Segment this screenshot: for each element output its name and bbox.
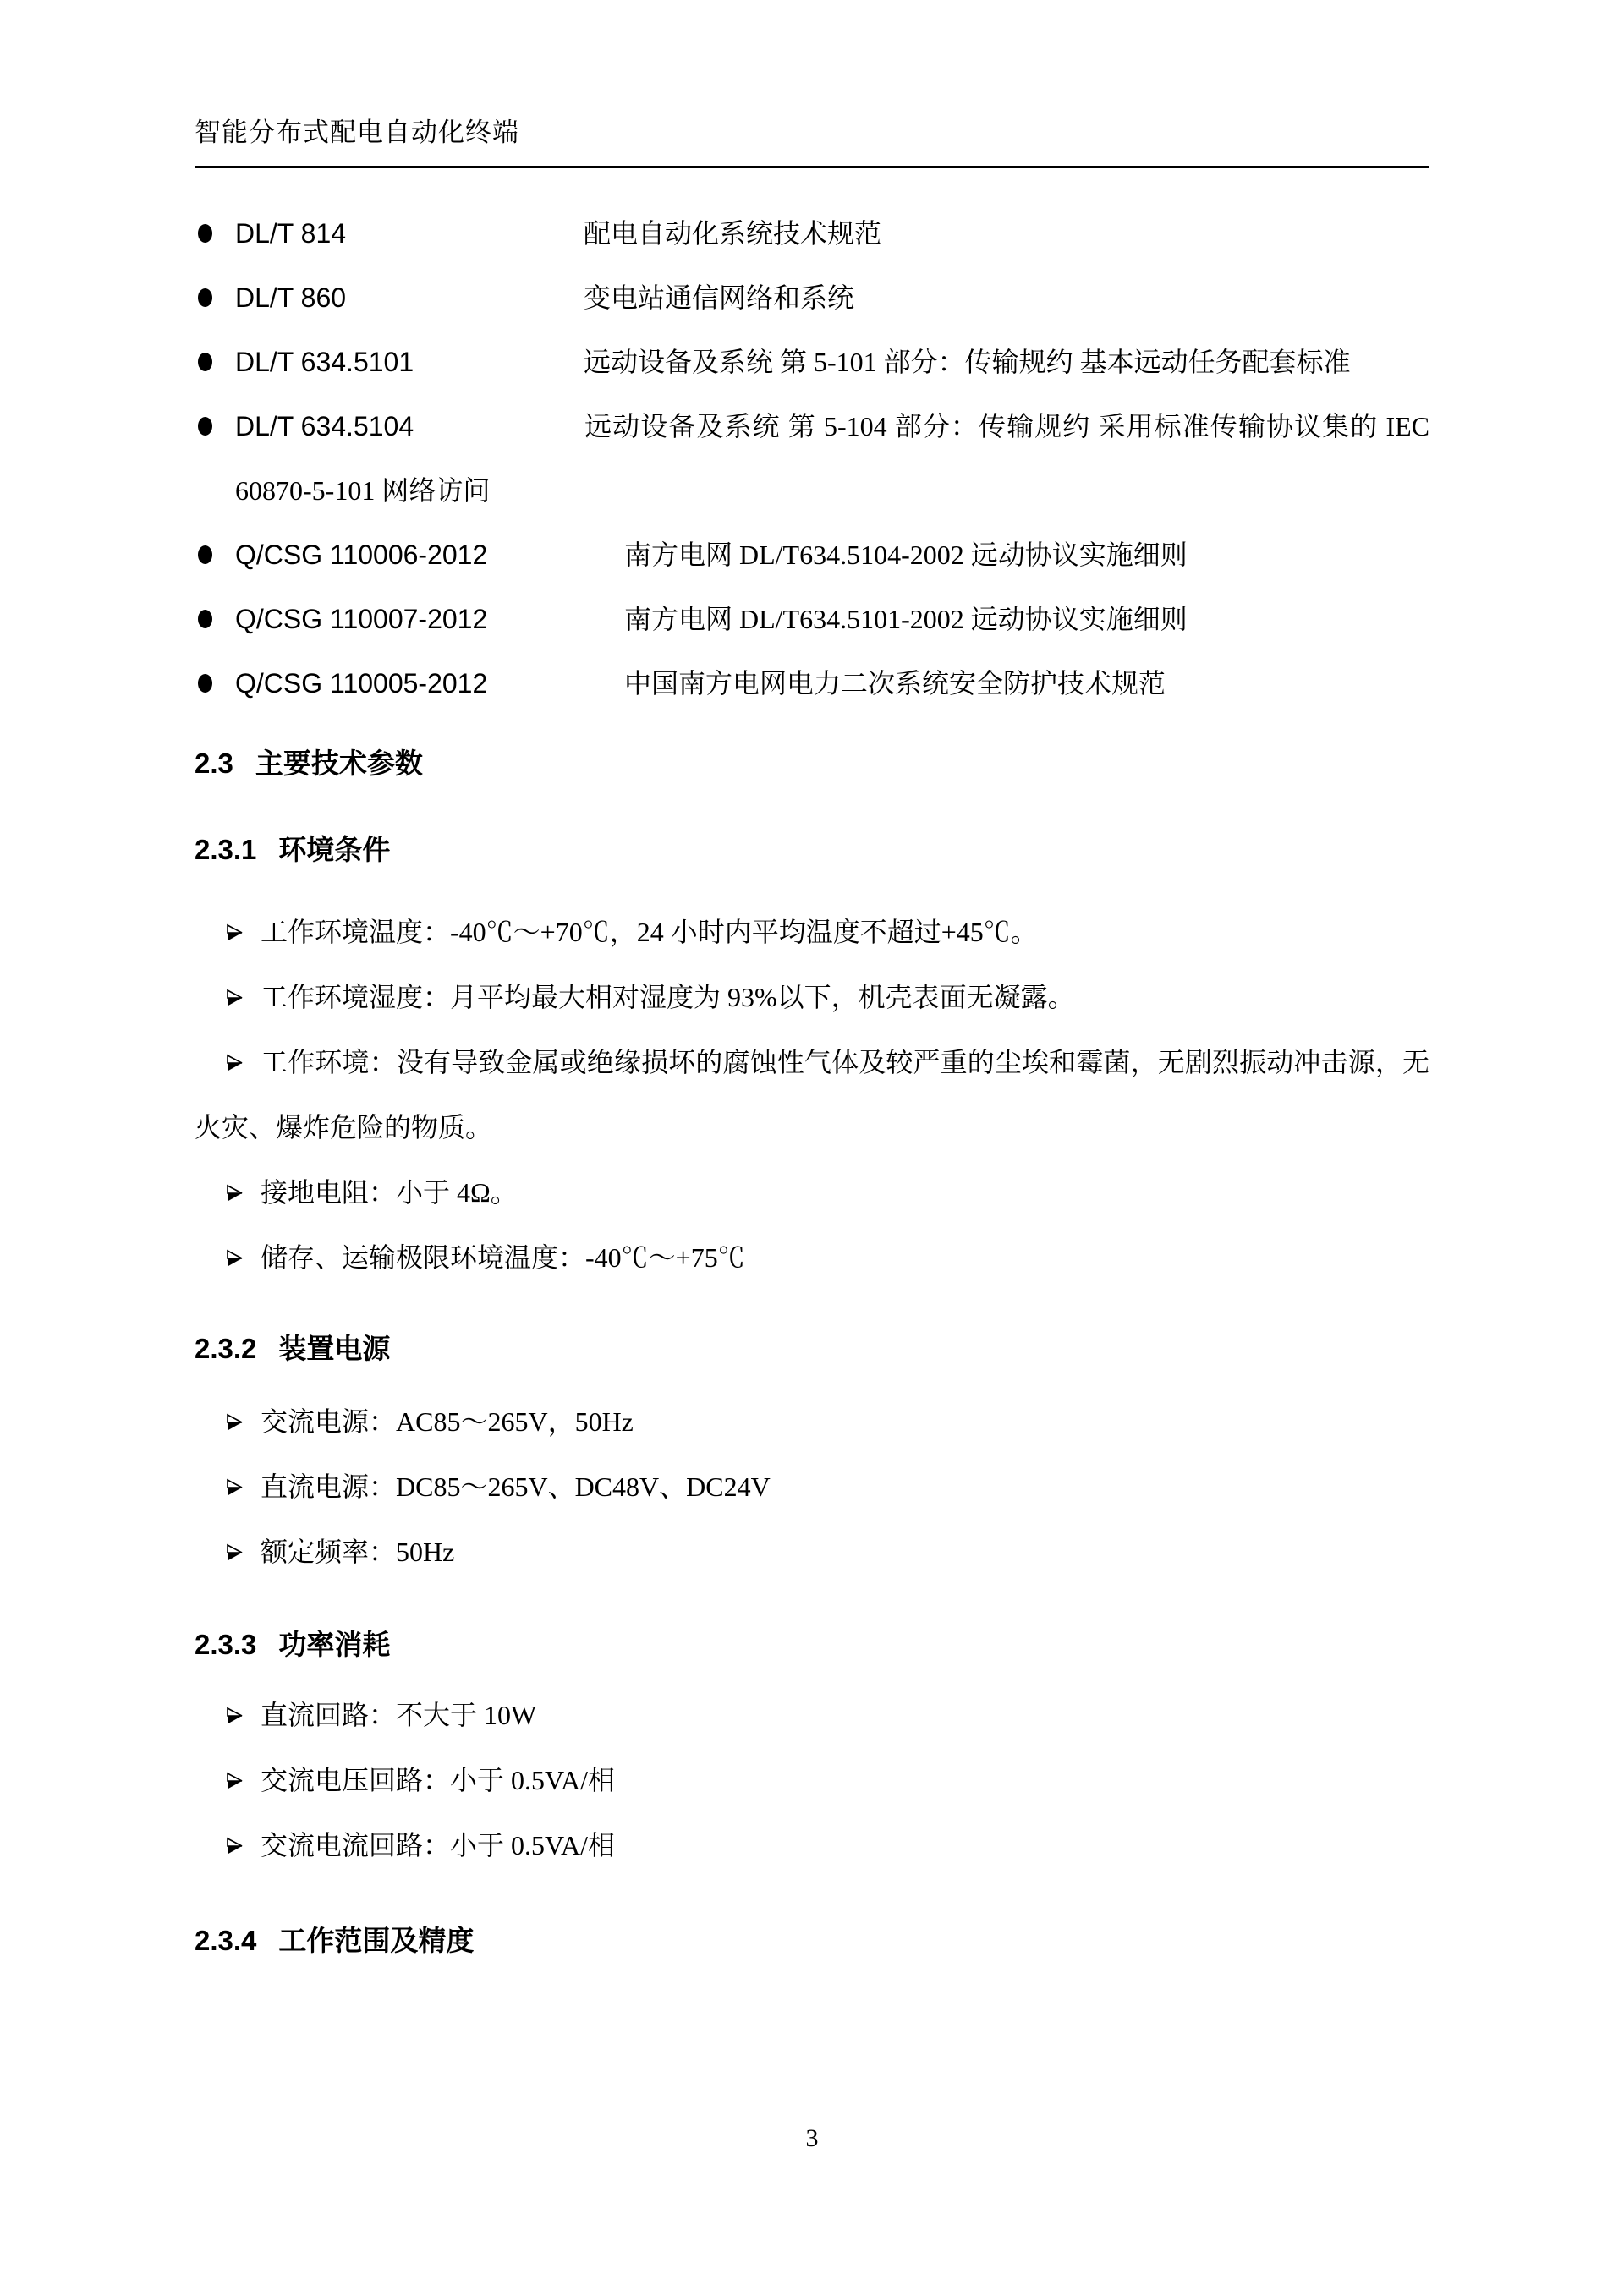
arrow-bullet-icon (225, 1412, 245, 1433)
document-page: 智能分布式配电自动化终端 DL/T 814配电自动化系统技术规范 DL/T 86… (0, 0, 1624, 2296)
section-title: 环境条件 (278, 834, 390, 865)
spec-item: 储存、运输极限环境温度：-40℃～+75℃ (195, 1225, 1429, 1290)
spec-text: 工作环境湿度：月平均最大相对湿度为 93%以下，机壳表面无凝露。 (261, 982, 1075, 1012)
spec-text: 直流电源：DC85～265V、DC48V、DC24V (261, 1471, 771, 1502)
bullet-icon (198, 610, 212, 628)
spec-text: 额定频率：50Hz (261, 1537, 454, 1567)
standard-code: Q/CSG 110007-2012 (235, 587, 624, 651)
document-content: DL/T 814配电自动化系统技术规范 DL/T 860变电站通信网络和系统 D… (195, 201, 1429, 1960)
standard-code: DL/T 634.5104 (235, 394, 584, 458)
page-header-title: 智能分布式配电自动化终端 (195, 111, 519, 149)
spec-text: 工作环境：没有导致金属或绝缘损坏的腐蚀性气体及较严重的尘埃和霉菌，无剧烈振动冲击… (195, 1047, 1429, 1143)
bullet-icon (198, 224, 212, 243)
bullet-icon (198, 674, 212, 693)
section-2-3-1-items: 工作环境温度：-40℃～+70℃，24 小时内平均温度不超过+45℃。 工作环境… (195, 900, 1429, 1290)
arrow-bullet-icon (225, 988, 245, 1008)
arrow-bullet-icon (225, 1543, 245, 1563)
spec-text: 储存、运输极限环境温度：-40℃～+75℃ (261, 1242, 745, 1273)
section-number: 2.3 (195, 748, 233, 779)
section-heading-2-3: 2.3主要技术参数 (195, 744, 1429, 783)
header-rule (195, 166, 1429, 168)
list-item: Q/CSG 110005-2012中国南方电网电力二次系统安全防护技术规范 (195, 651, 1429, 715)
section-number: 2.3.3 (195, 1629, 256, 1660)
spec-item: 直流电源：DC85～265V、DC48V、DC24V (195, 1455, 1429, 1520)
standard-description: 南方电网 DL/T634.5101-2002 远动协议实施细则 (624, 604, 1188, 634)
list-item: Q/CSG 110006-2012南方电网 DL/T634.5104-2002 … (195, 523, 1429, 587)
arrow-bullet-icon (225, 1706, 245, 1726)
spec-text: 直流回路：不大于 10W (261, 1700, 536, 1730)
section-title: 功率消耗 (278, 1629, 390, 1660)
bullet-icon (198, 417, 212, 436)
section-number: 2.3.1 (195, 834, 256, 865)
standards-list: DL/T 814配电自动化系统技术规范 DL/T 860变电站通信网络和系统 D… (195, 201, 1429, 715)
arrow-bullet-icon (225, 1183, 245, 1203)
arrow-bullet-icon (225, 1477, 245, 1498)
page-number: 3 (0, 2124, 1624, 2153)
list-item: DL/T 860变电站通信网络和系统 (195, 266, 1429, 330)
standard-description: 远动设备及系统 第 5-101 部分：传输规约 基本远动任务配套标准 (584, 347, 1351, 377)
arrow-bullet-icon (225, 1836, 245, 1856)
spec-item: 交流电源：AC85～265V，50Hz (195, 1389, 1429, 1455)
bullet-icon (198, 288, 212, 307)
spec-text: 工作环境温度：-40℃～+70℃，24 小时内平均温度不超过+45℃。 (261, 917, 1038, 947)
arrow-bullet-icon (225, 1053, 245, 1073)
spec-item: 额定频率：50Hz (195, 1520, 1429, 1585)
spec-text: 交流电压回路：小于 0.5VA/相 (261, 1765, 615, 1795)
section-heading-2-3-3: 2.3.3功率消耗 (195, 1625, 1429, 1664)
standard-code: DL/T 814 (235, 201, 584, 266)
spec-item: 接地电阻：小于 4Ω。 (195, 1160, 1429, 1225)
section-heading-2-3-4: 2.3.4工作范围及精度 (195, 1921, 1429, 1960)
bullet-icon (198, 545, 212, 564)
spec-item: 工作环境温度：-40℃～+70℃，24 小时内平均温度不超过+45℃。 (195, 900, 1429, 965)
spec-item: 交流电压回路：小于 0.5VA/相 (195, 1748, 1429, 1813)
standard-description: 配电自动化系统技术规范 (584, 218, 881, 249)
section-title: 装置电源 (278, 1333, 390, 1364)
arrow-bullet-icon (225, 923, 245, 943)
spec-item: 工作环境：没有导致金属或绝缘损坏的腐蚀性气体及较严重的尘埃和霉菌，无剧烈振动冲击… (195, 1030, 1429, 1160)
standard-description: 中国南方电网电力二次系统安全防护技术规范 (624, 668, 1166, 699)
section-heading-2-3-2: 2.3.2装置电源 (195, 1329, 1429, 1368)
standard-code: DL/T 634.5101 (235, 330, 584, 394)
list-item: DL/T 634.5101远动设备及系统 第 5-101 部分：传输规约 基本远… (195, 330, 1429, 394)
spec-item: 直流回路：不大于 10W (195, 1683, 1429, 1748)
list-item: Q/CSG 110007-2012南方电网 DL/T634.5101-2002 … (195, 587, 1429, 651)
standard-description: 变电站通信网络和系统 (584, 282, 854, 313)
spec-item: 工作环境湿度：月平均最大相对湿度为 93%以下，机壳表面无凝露。 (195, 965, 1429, 1030)
section-number: 2.3.4 (195, 1925, 256, 1956)
list-item: DL/T 634.5104远动设备及系统 第 5-104 部分：传输规约 采用标… (195, 394, 1429, 523)
section-2-3-2-items: 交流电源：AC85～265V，50Hz 直流电源：DC85～265V、DC48V… (195, 1389, 1429, 1585)
spec-text: 接地电阻：小于 4Ω。 (261, 1177, 518, 1208)
arrow-bullet-icon (225, 1248, 245, 1269)
standard-code: DL/T 860 (235, 266, 584, 330)
section-2-3-3-items: 直流回路：不大于 10W 交流电压回路：小于 0.5VA/相 交流电流回路：小于… (195, 1683, 1429, 1878)
spec-text: 交流电源：AC85～265V，50Hz (261, 1406, 634, 1437)
spec-item: 交流电流回路：小于 0.5VA/相 (195, 1813, 1429, 1878)
bullet-icon (198, 353, 212, 371)
section-title: 主要技术参数 (255, 748, 423, 779)
standard-description: 南方电网 DL/T634.5104-2002 远动协议实施细则 (624, 540, 1188, 570)
spec-text: 交流电流回路：小于 0.5VA/相 (261, 1830, 615, 1860)
standard-code: Q/CSG 110006-2012 (235, 523, 624, 587)
section-number: 2.3.2 (195, 1333, 256, 1364)
arrow-bullet-icon (225, 1771, 245, 1791)
list-item: DL/T 814配电自动化系统技术规范 (195, 201, 1429, 266)
standard-code: Q/CSG 110005-2012 (235, 651, 624, 715)
section-heading-2-3-1: 2.3.1环境条件 (195, 830, 1429, 869)
section-title: 工作范围及精度 (278, 1925, 474, 1956)
